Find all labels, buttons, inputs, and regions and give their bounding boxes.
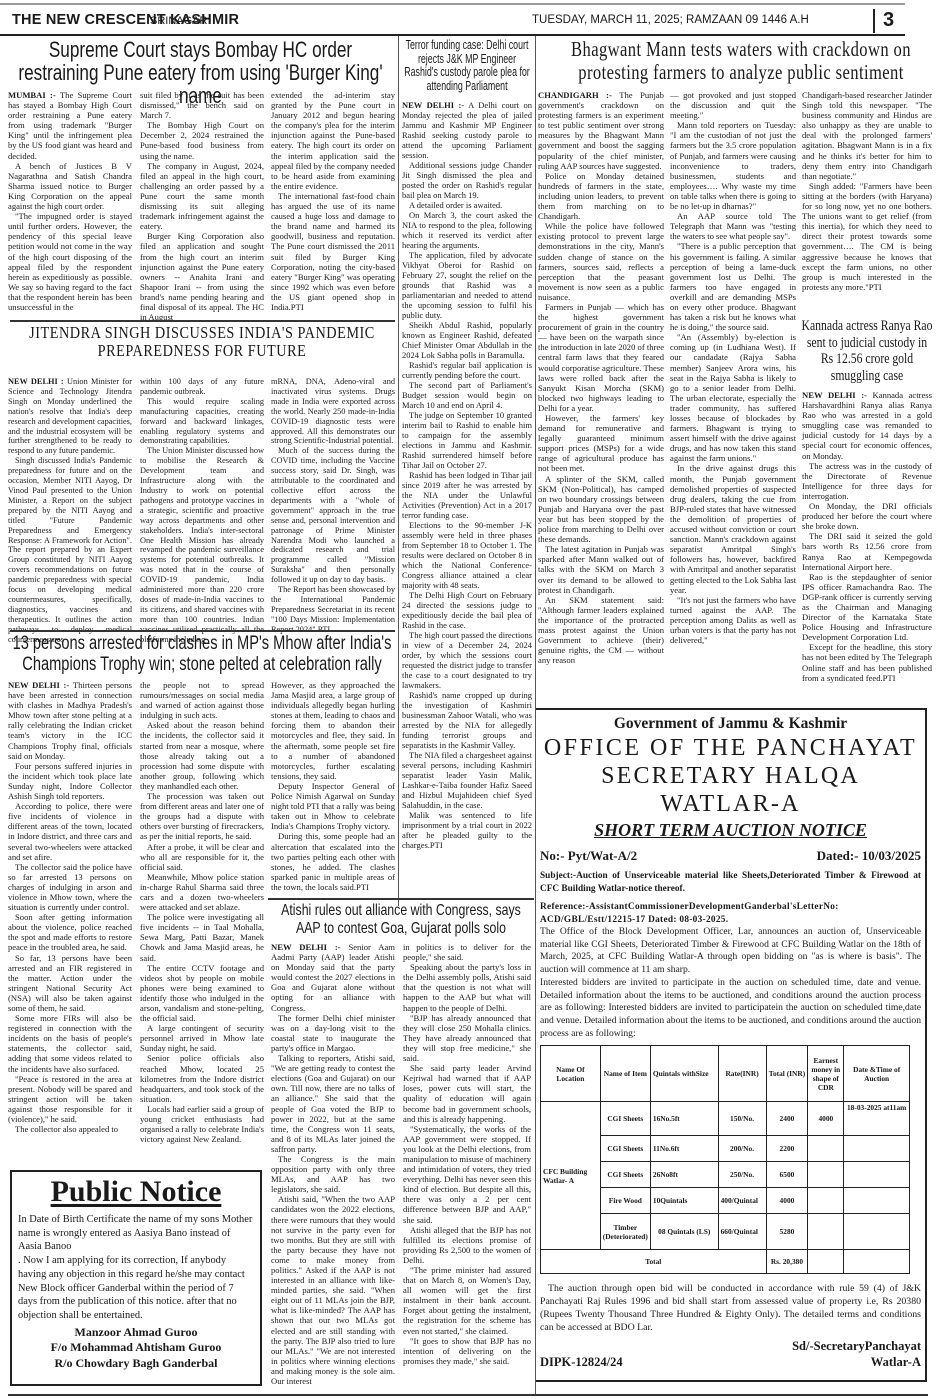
dateline: NEW DELHI :- [271, 942, 341, 952]
article-atishi-col1: NEW DELHI :- Senior Aam Aadmi Party (AAP… [271, 942, 395, 1386]
divider [398, 36, 399, 906]
auction-footer-row: DIPK-12824/24 Watlar-A [540, 1354, 921, 1370]
auction-notice-title: SHORT TERM AUCTION NOTICE [540, 818, 921, 842]
article-jitendra-col3: mRNA, DNA, Adeno-viral and inactivated v… [271, 377, 395, 635]
article-mhow: 13 persons arrested for clashes in MP's … [8, 633, 395, 675]
headline: JITENDRA SINGH DISCUSSES INDIA'S PANDEMI… [9, 324, 395, 360]
public-notice-body: In Date of Birth Certificate the name of… [18, 1213, 254, 1254]
table-row: CFC Building Watlar- A CGI Sheets 16No.5… [541, 1102, 910, 1136]
auction-signature: Watlar-A [871, 1354, 921, 1370]
article-mann-col3: Chandigarh-based researcher Jatinder Sin… [802, 90, 932, 292]
location-cell: CFC Building Watlar- A [541, 1102, 601, 1250]
dateline: MUMBAI :- [8, 90, 56, 100]
article-mhow-col3: However, as they approached the Jama Mas… [271, 680, 395, 892]
public-notice-signature: F/o Mohammad Ahtisham Guroo [18, 1340, 254, 1356]
auction-para3: The auction through open bid will be con… [540, 1282, 921, 1334]
public-notice-ad: Public Notice In Date of Birth Certifica… [10, 1170, 262, 1386]
article-jitendra-col1: NEW DELHI : Union Minister for Science a… [8, 377, 132, 644]
divider [10, 320, 395, 322]
auction-signature: Sd/-SecretaryPanchayat [540, 1338, 921, 1354]
auction-notice-ad: Government of Jammu & Kashmir OFFICE OF … [536, 708, 927, 1382]
table-total-row: Total Rs. 20,380 [541, 1250, 910, 1274]
headline: Kannada actress Ranya Rao sent to judici… [801, 318, 934, 384]
auction-office-line1: OFFICE OF THE PANCHAYAT [540, 734, 921, 762]
auction-dated: Dated:- 10/03/2025 [817, 847, 921, 865]
headline: Bhagwant Mann tests waters with crackdow… [540, 38, 943, 84]
masthead: THE NEW CRESCENT KASHMIR SRINAGAR TUESDA… [0, 0, 945, 34]
page-number-divider [873, 9, 875, 33]
article-atishi-col2: in politics is to deliver for the people… [403, 942, 531, 1366]
dateline: NEW DELHI :- [802, 390, 867, 400]
page-number: 3 [883, 9, 894, 32]
auction-subject: Subject:-Auction of Unserviceable materi… [540, 870, 921, 895]
article-mann-col2: — got provoked and just stopped the disc… [670, 90, 796, 645]
auction-table: Name Of Location Name of Item Quintals w… [540, 1045, 910, 1274]
masthead-top-rule [0, 3, 905, 5]
dateline: CHANDIGARH :- [538, 90, 612, 100]
article-ranya-body: NEW DELHI :- Kannada actress Harshavardh… [802, 390, 932, 683]
divider [268, 898, 534, 900]
headline: Atishi rules out alliance with Congress,… [270, 902, 532, 937]
dateline: NEW DELHI : [8, 377, 64, 386]
article-ranya: Kannada actress Ranya Rao sent to judici… [802, 318, 932, 384]
auction-para1: The Office of the Block Development Offi… [540, 926, 921, 977]
issue-dateline: TUESDAY, MARCH 11, 2025; RAMZAAN 09 1446… [532, 14, 809, 26]
article-jitendra-col2: within 100 days of any future pandemic o… [140, 377, 264, 644]
masthead-bottom-rule [0, 34, 905, 36]
auction-number-row: No:- Pyt/Wat-A/2 Dated:- 10/03/2025 [540, 847, 921, 865]
newspaper-city: SRINAGAR [150, 15, 207, 27]
auction-number: No:- Pyt/Wat-A/2 [540, 847, 637, 865]
dateline: NEW DELHI :- [8, 680, 69, 690]
article-rashid-body: NEW DELHI :- A Delhi court on Monday rej… [402, 100, 532, 850]
dipk-number: DIPK-12824/24 [540, 1354, 623, 1370]
article-rashid: Terror funding case: Delhi court rejects… [402, 38, 532, 92]
article-burger-king-col2: suit filed by it as the suit has been di… [140, 90, 264, 322]
auction-reference: Reference:-AssistantCommissionerDevelopm… [540, 901, 921, 926]
article-mhow-col1: NEW DELHI :- Thirteen persons have been … [8, 680, 132, 1134]
headline: 13 persons arrested for clashes in MP's … [10, 633, 395, 675]
public-notice-signature: Manzoor Ahmad Guroo [18, 1325, 254, 1341]
article-atishi: Atishi rules out alliance with Congress,… [270, 902, 532, 937]
auction-office-line2: SECRETARY HALQA WATLAR-A [540, 762, 921, 818]
divider [10, 630, 395, 632]
article-mann-col1: CHANDIGARH :- The Punjab government's cr… [538, 90, 664, 665]
page-bottom-rule [8, 1394, 928, 1396]
auction-para2: Interested bidders are invited to partic… [540, 977, 921, 1041]
public-notice-body: . Now I am applying for its correction, … [18, 1254, 254, 1323]
article-mhow-col2: the people not to spread rumours/message… [140, 680, 264, 1144]
dateline: NEW DELHI :- [402, 100, 464, 110]
table-header-row: Name Of Location Name of Item Quintals w… [541, 1046, 910, 1102]
auction-govt: Government of Jammu & Kashmir [540, 714, 921, 734]
article-jitendra: JITENDRA SINGH DISCUSSES INDIA'S PANDEMI… [8, 324, 395, 360]
headline: Terror funding case: Delhi court rejects… [402, 38, 531, 92]
public-notice-title: Public Notice [18, 1175, 254, 1209]
article-mann: Bhagwant Mann tests waters with crackdow… [538, 38, 943, 84]
article-burger-king-col1: MUMBAI :- The Supreme Court has stayed a… [8, 90, 132, 312]
public-notice-signature: R/o Chowdary Bagh Ganderbal [18, 1356, 254, 1372]
article-burger-king-col3: extended the ad-interim stay granted by … [271, 90, 395, 312]
